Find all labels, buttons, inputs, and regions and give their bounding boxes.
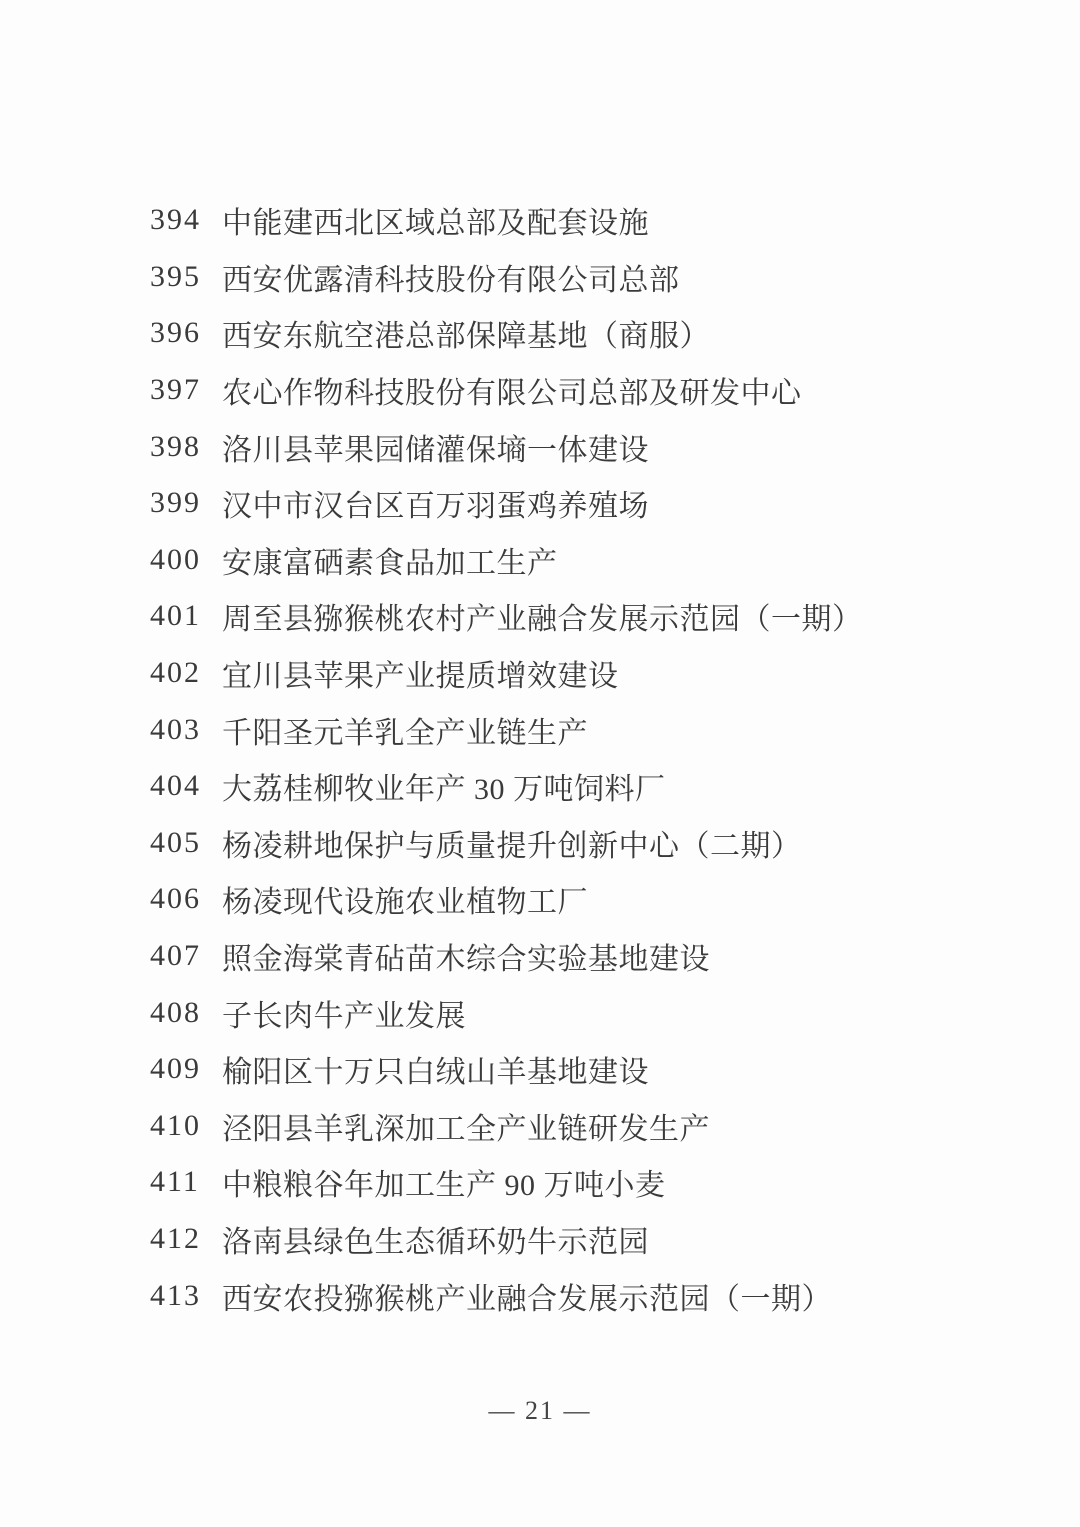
list-item: 408 子长肉牛产业发展	[150, 984, 1050, 1041]
item-title: 宜川县苹果产业提质增效建设	[222, 651, 619, 695]
item-title: 泾阳县羊乳深加工全产业链研发生产	[222, 1104, 710, 1148]
item-title: 西安农投猕猴桃产业融合发展示范园（一期）	[222, 1274, 832, 1318]
list-item: 397 农心作物科技股份有限公司总部及研发中心	[150, 362, 1050, 419]
item-title: 杨凌现代设施农业植物工厂	[222, 877, 588, 921]
project-list: 394 中能建西北区域总部及配套设施 395 西安优露清科技股份有限公司总部 3…	[150, 192, 1050, 1324]
item-number: 408	[150, 996, 222, 1030]
item-title: 榆阳区十万只白绒山羊基地建设	[222, 1047, 649, 1091]
item-number: 398	[150, 430, 222, 464]
list-item: 396 西安东航空港总部保障基地（商服）	[150, 305, 1050, 362]
item-number: 400	[150, 543, 222, 577]
item-number: 412	[150, 1222, 222, 1256]
list-item: 410 泾阳县羊乳深加工全产业链研发生产	[150, 1098, 1050, 1155]
list-item: 401 周至县猕猴桃农村产业融合发展示范园（一期）	[150, 588, 1050, 645]
list-item: 407 照金海棠青砧苗木综合实验基地建设	[150, 928, 1050, 985]
item-title: 汉中市汉台区百万羽蛋鸡养殖场	[222, 481, 649, 525]
list-item: 399 汉中市汉台区百万羽蛋鸡养殖场	[150, 475, 1050, 532]
item-number: 406	[150, 882, 222, 916]
item-title: 周至县猕猴桃农村产业融合发展示范园（一期）	[222, 594, 863, 638]
item-number: 401	[150, 599, 222, 633]
item-number: 407	[150, 939, 222, 973]
item-title: 西安优露清科技股份有限公司总部	[222, 255, 680, 299]
list-item: 400 安康富硒素食品加工生产	[150, 532, 1050, 589]
item-title: 中粮粮谷年加工生产 90 万吨小麦	[222, 1160, 666, 1204]
item-number: 404	[150, 769, 222, 803]
item-number: 396	[150, 316, 222, 350]
list-item: 406 杨凌现代设施农业植物工厂	[150, 871, 1050, 928]
item-title: 农心作物科技股份有限公司总部及研发中心	[222, 368, 802, 412]
list-item: 402 宜川县苹果产业提质增效建设	[150, 645, 1050, 702]
item-title: 照金海棠青砧苗木综合实验基地建设	[222, 934, 710, 978]
item-title: 子长肉牛产业发展	[222, 991, 466, 1035]
item-number: 409	[150, 1052, 222, 1086]
item-title: 大荔桂柳牧业年产 30 万吨饲料厂	[222, 764, 666, 808]
list-item: 398 洛川县苹果园储灌保墒一体建设	[150, 418, 1050, 475]
item-number: 413	[150, 1279, 222, 1313]
item-title: 西安东航空港总部保障基地（商服）	[222, 311, 710, 355]
list-item: 411 中粮粮谷年加工生产 90 万吨小麦	[150, 1154, 1050, 1211]
item-number: 410	[150, 1109, 222, 1143]
item-number: 411	[150, 1165, 222, 1199]
item-title: 洛川县苹果园储灌保墒一体建设	[222, 425, 649, 469]
item-title: 中能建西北区域总部及配套设施	[222, 198, 649, 242]
list-item: 409 榆阳区十万只白绒山羊基地建设	[150, 1041, 1050, 1098]
item-title: 千阳圣元羊乳全产业链生产	[222, 708, 588, 752]
item-number: 397	[150, 373, 222, 407]
list-item: 395 西安优露清科技股份有限公司总部	[150, 249, 1050, 306]
list-item: 404 大荔桂柳牧业年产 30 万吨饲料厂	[150, 758, 1050, 815]
list-item: 412 洛南县绿色生态循环奶牛示范园	[150, 1211, 1050, 1268]
item-number: 405	[150, 826, 222, 860]
list-item: 405 杨凌耕地保护与质量提升创新中心（二期）	[150, 815, 1050, 872]
item-title: 洛南县绿色生态循环奶牛示范园	[222, 1217, 649, 1261]
item-title: 杨凌耕地保护与质量提升创新中心（二期）	[222, 821, 802, 865]
item-number: 399	[150, 486, 222, 520]
list-item: 394 中能建西北区域总部及配套设施	[150, 192, 1050, 249]
item-number: 402	[150, 656, 222, 690]
page-footer: — 21 —	[0, 1396, 1080, 1426]
document-page: 394 中能建西北区域总部及配套设施 395 西安优露清科技股份有限公司总部 3…	[0, 0, 1080, 1527]
item-title: 安康富硒素食品加工生产	[222, 538, 558, 582]
item-number: 394	[150, 203, 222, 237]
page-number: — 21 —	[489, 1396, 592, 1425]
list-item: 403 千阳圣元羊乳全产业链生产	[150, 701, 1050, 758]
list-item: 413 西安农投猕猴桃产业融合发展示范园（一期）	[150, 1267, 1050, 1324]
item-number: 403	[150, 713, 222, 747]
item-number: 395	[150, 260, 222, 294]
